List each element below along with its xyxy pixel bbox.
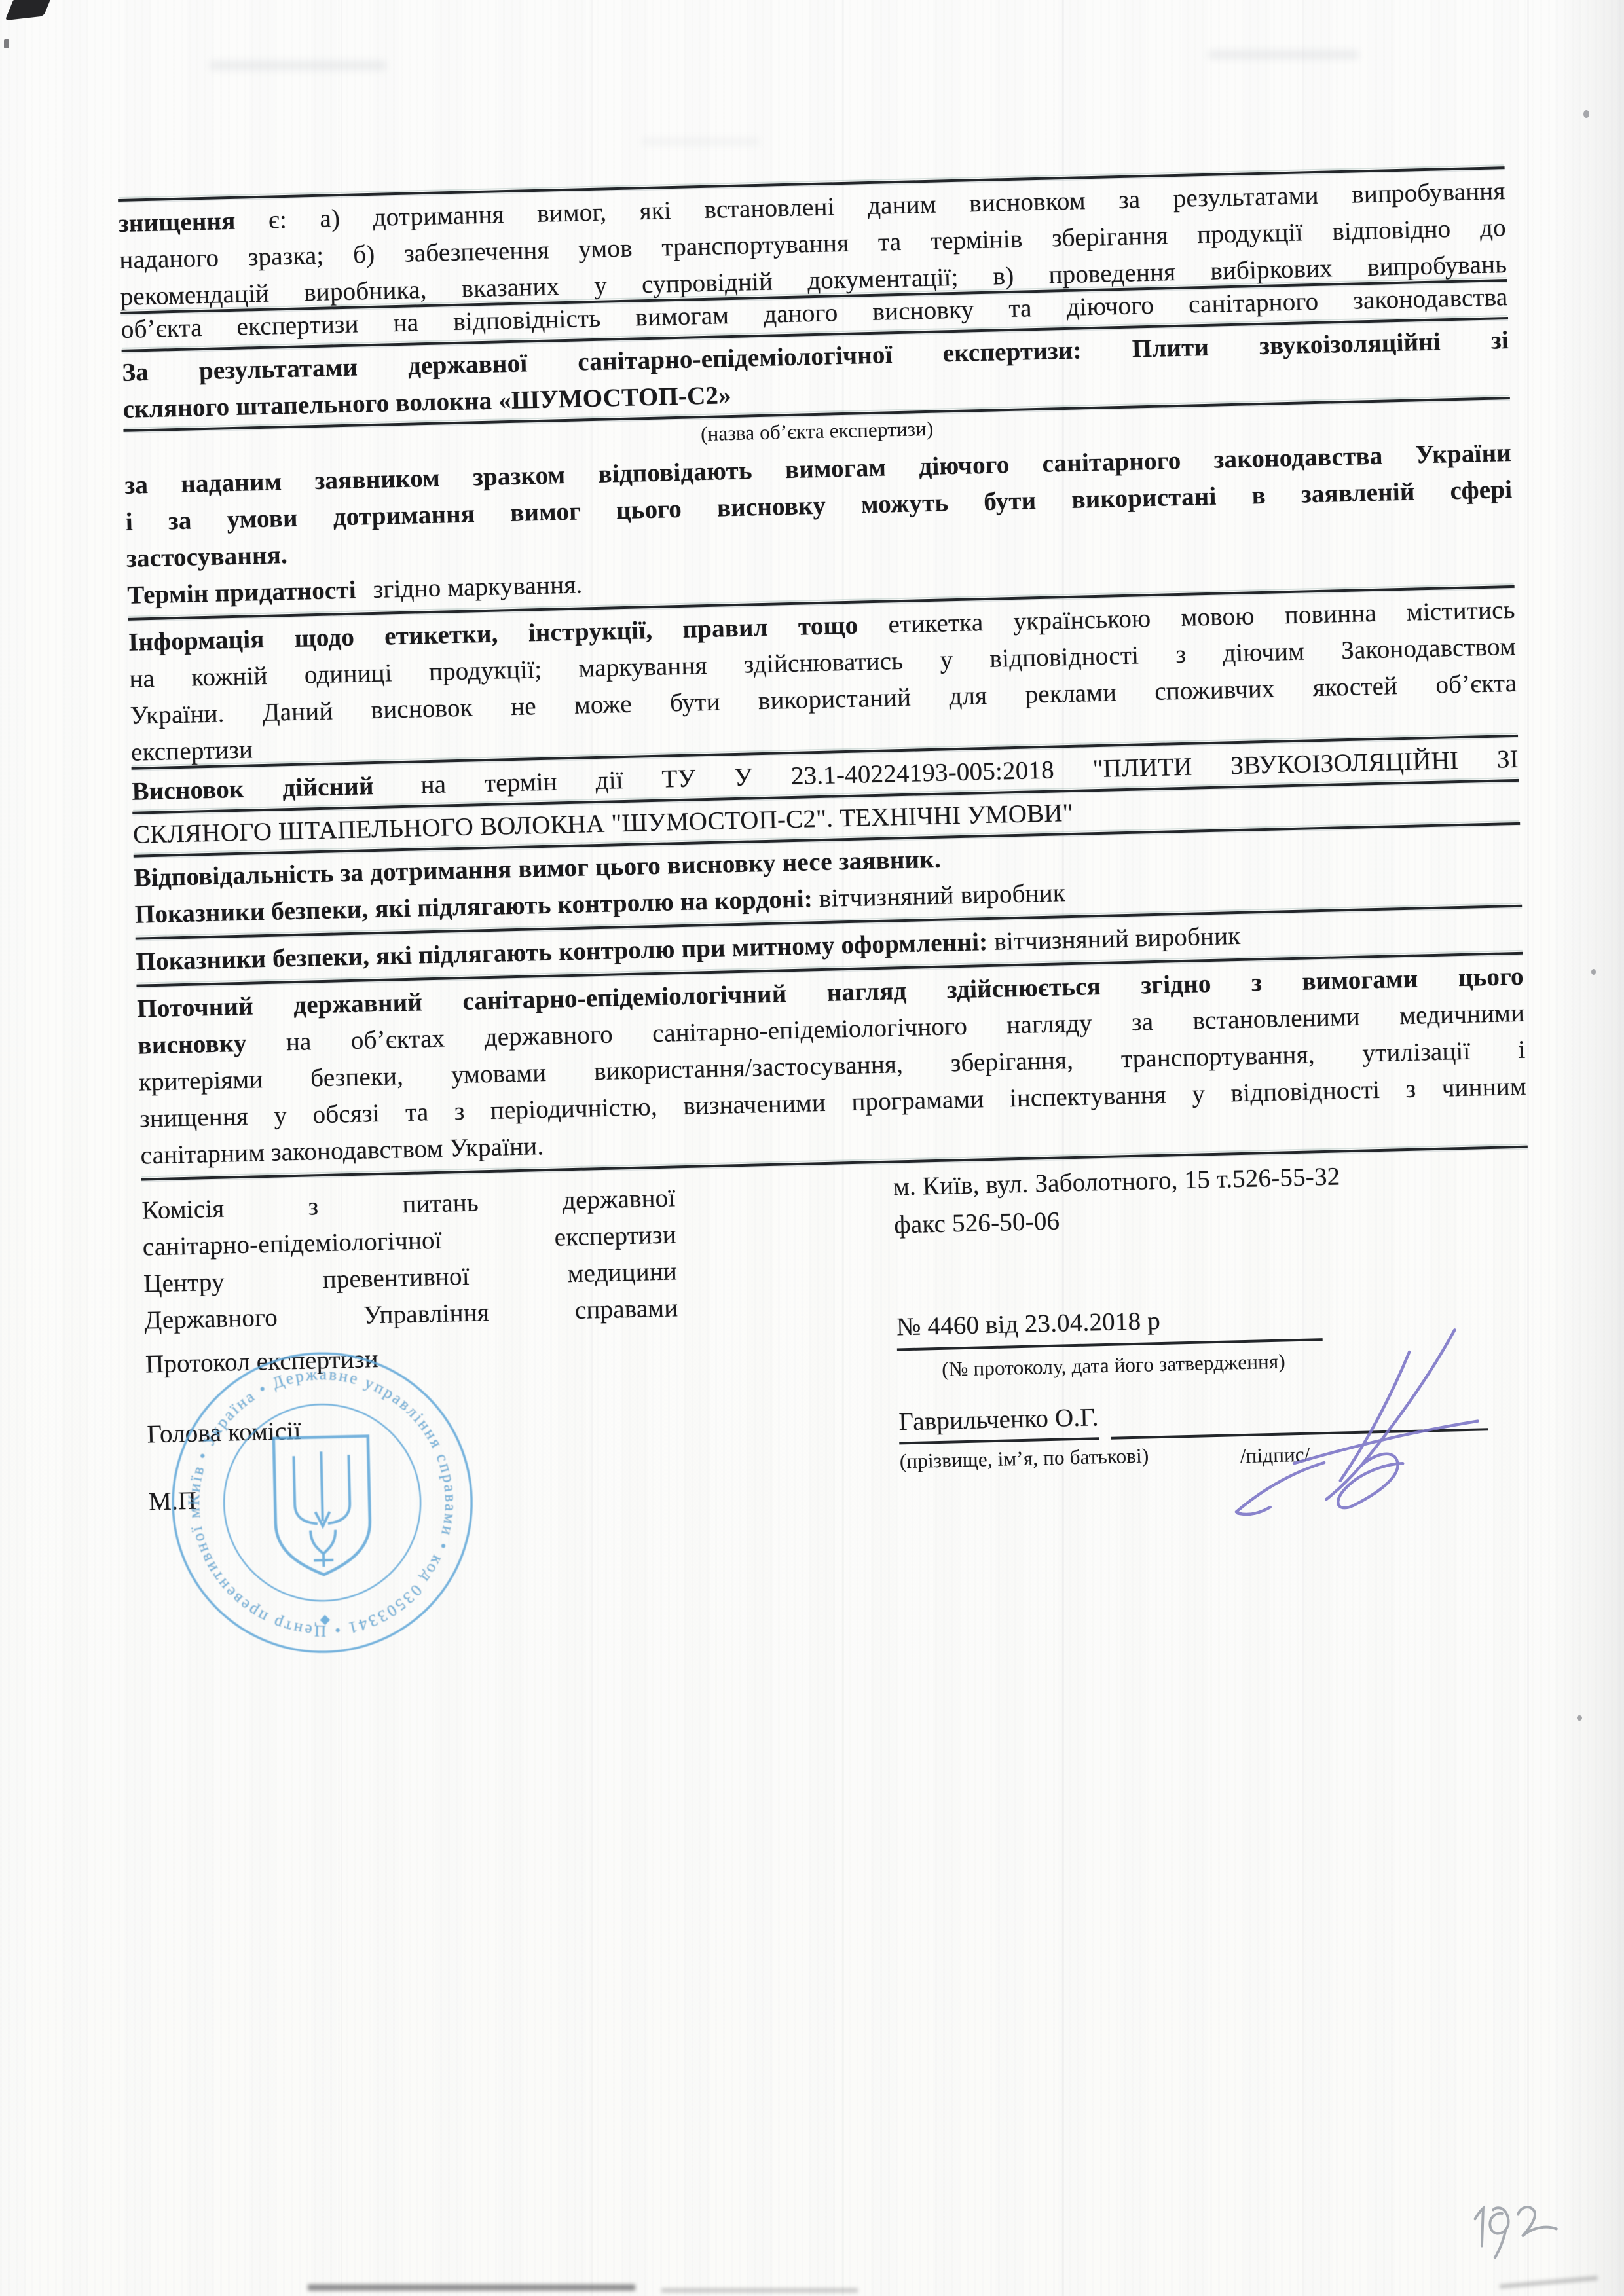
scan-bottom-smudge bbox=[308, 2284, 635, 2291]
document-footer: Комісія з питань державної санітарно-епі… bbox=[141, 1154, 1540, 1697]
ghost-text-smudge bbox=[210, 60, 386, 71]
name-caption: (прізвище, ім’я, по батькові) bbox=[899, 1442, 1149, 1474]
ghost-text-smudge bbox=[642, 137, 760, 145]
shelf-life-label: Термін придатності bbox=[127, 576, 356, 610]
signature bbox=[1192, 1321, 1486, 1550]
validity-label: Висновок дійсний bbox=[132, 772, 374, 806]
scan-edge-band bbox=[1562, 0, 1624, 2296]
scan-speck bbox=[1591, 969, 1596, 975]
document-content: знищення є: а) дотримання вимог, які вст… bbox=[118, 162, 1540, 1696]
address-block: м. Київ, вул. Заболотного, 15 т.526-55-3… bbox=[893, 1154, 1483, 1244]
scan-corner-mark bbox=[5, 0, 52, 20]
page-number-annotation bbox=[1454, 2195, 1565, 2270]
destruction-lead: знищення bbox=[119, 207, 236, 238]
scan-speck bbox=[1577, 1715, 1582, 1721]
scan-speck bbox=[1583, 110, 1589, 118]
trident-icon bbox=[274, 1436, 371, 1576]
ghost-text-smudge bbox=[1208, 50, 1359, 60]
official-stamp: Київ • Україна • Державне управління спр… bbox=[162, 1342, 483, 1664]
scanned-document-page: знищення є: а) дотримання вимог, які вст… bbox=[0, 0, 1624, 2296]
scan-bottom-smudge bbox=[661, 2288, 858, 2293]
scan-corner-dot bbox=[4, 39, 9, 48]
commission-block: Комісія з питань державної санітарно-епі… bbox=[141, 1180, 678, 1339]
shelf-life-value: згідно маркування. bbox=[373, 570, 582, 604]
chair-name: Гаврильченко О.Г. bbox=[898, 1399, 1099, 1444]
